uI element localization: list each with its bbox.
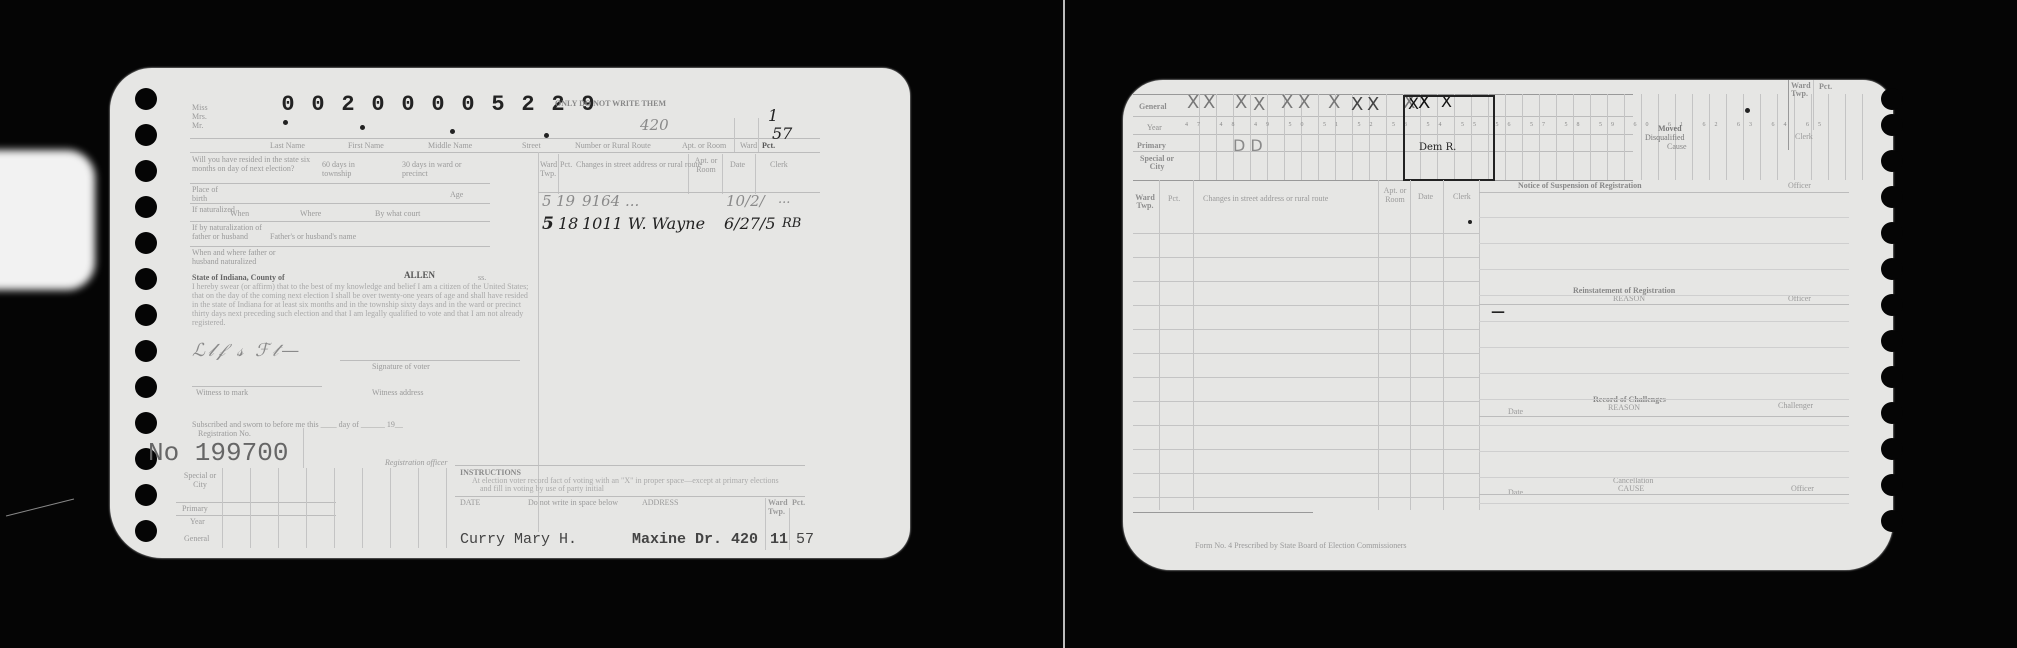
row2-clerk: RB — [782, 216, 801, 231]
overlay-moved: Moved — [1658, 124, 1682, 133]
rule — [1788, 80, 1789, 150]
signature-label: Signature of voter — [372, 362, 430, 371]
q-days-ward: 30 days in ward or precinct — [402, 160, 472, 178]
th-changes: Changes in street address or rural route — [576, 160, 701, 169]
title-miss: Miss — [192, 103, 208, 112]
rule — [418, 468, 419, 548]
punch-hole — [135, 304, 157, 326]
rule — [278, 468, 279, 548]
q-by-what-court: By what court — [375, 209, 420, 218]
punch-dot — [450, 129, 455, 134]
q-when: When — [230, 209, 249, 218]
row2-date: 6/27/5 — [724, 214, 776, 233]
rule — [222, 468, 223, 548]
back-th-pct: Pct. — [1168, 194, 1180, 203]
vote-mark: X — [1253, 94, 1265, 115]
back-table-rows — [1133, 210, 1479, 510]
punch-hole — [135, 124, 157, 146]
row1-pct: 19 — [556, 192, 575, 210]
rule — [455, 496, 805, 497]
rule — [176, 502, 336, 503]
back-th-date: Date — [1418, 192, 1433, 201]
typed-name: Curry Mary H. — [460, 531, 577, 548]
label-ward: Ward — [740, 141, 757, 150]
oath-county: ALLEN — [404, 271, 435, 280]
back-th-clerk: Clerk — [1453, 192, 1471, 201]
punch-hole — [1881, 114, 1903, 136]
name-underline — [190, 138, 820, 139]
primary-handwritten: Dem R. — [1419, 142, 1456, 153]
row-special: Special or City — [180, 471, 220, 489]
witness-address: Witness address — [372, 388, 423, 397]
rule — [455, 465, 805, 466]
punch-hole — [135, 268, 157, 290]
instructions-ward-twp: Ward Twp. — [768, 498, 788, 516]
q-place-of-birth: Place of birth — [192, 185, 232, 203]
punch-hole — [1881, 402, 1903, 424]
rule — [303, 428, 304, 468]
row-primary: Primary — [182, 504, 208, 513]
rule — [190, 221, 490, 222]
label-first-name: First Name — [348, 141, 384, 150]
bold-vote-box — [1403, 95, 1495, 181]
form-footer: Form No. 4 Prescribed by State Board of … — [1195, 541, 1407, 550]
punch-hole — [135, 160, 157, 182]
row1-clerk: ... — [778, 192, 790, 207]
hw-street-number: 420 — [640, 116, 669, 134]
rule — [192, 386, 322, 387]
row1-date: 10/2/ — [726, 192, 765, 210]
year-labels: 47 48 49 50 51 52 53 54 55 56 57 58 59 6… — [1185, 121, 1830, 130]
instructions-date: DATE — [460, 498, 480, 507]
th-date: Date — [730, 160, 745, 169]
punch-hole — [135, 196, 157, 218]
q-days-township: 60 days in township — [322, 160, 382, 178]
subscribed-text: Subscribed and sworn to before me this _… — [192, 420, 403, 429]
title-mrs: Mrs. — [192, 112, 207, 121]
signature: ℒ𝓁𝒻 𝓈 ℱ𝓉— — [192, 340, 302, 361]
row-general: General — [184, 534, 209, 543]
header-note: ONLY DO NOT WRITE THEM — [555, 99, 666, 108]
punch-hole — [135, 484, 157, 506]
back-row-year: Year — [1147, 123, 1162, 132]
overlay-disqualified: Disqualified — [1645, 133, 1685, 142]
rule — [789, 508, 790, 550]
vote-mark: X — [1187, 92, 1199, 113]
q-father-name: Father's or husband's name — [270, 232, 356, 241]
punch-hole — [1881, 510, 1903, 532]
typed-pct: 57 — [796, 531, 814, 548]
th-ward-twp: Ward Twp. — [540, 160, 558, 178]
q-when-where-father: When and where father or husband natural… — [192, 248, 297, 266]
back-right-rows — [1479, 192, 1849, 512]
scan-scratch — [6, 499, 74, 517]
rule — [190, 183, 490, 184]
punch-hole — [135, 88, 157, 110]
row-year: Year — [190, 517, 205, 526]
suspension-title: Notice of Suspension of Registration — [1518, 181, 1642, 190]
rule — [176, 515, 336, 516]
rule — [190, 203, 490, 204]
rule — [1133, 512, 1313, 513]
label-street: Street — [522, 141, 541, 150]
frame-divider — [1063, 0, 1065, 648]
title-mr: Mr. — [192, 121, 203, 130]
rule — [538, 152, 539, 532]
instructions-do-not-write: Do not write in space below — [528, 498, 618, 507]
punch-hole — [1881, 438, 1903, 460]
back-clerk: Clerk — [1795, 132, 1813, 141]
punch-hole — [135, 412, 157, 434]
row1-ward: 5 — [542, 192, 552, 210]
punch-hole — [1881, 222, 1903, 244]
punch-dot — [283, 120, 288, 125]
q-naturalized: If naturalized — [192, 205, 235, 214]
punch-hole — [1881, 258, 1903, 280]
rule — [446, 468, 447, 548]
rule — [390, 468, 391, 548]
typed-ward: 11 — [770, 531, 788, 548]
label-middle-name: Middle Name — [428, 141, 472, 150]
row2-ward: 5 — [542, 214, 554, 234]
back-row-special: Special or City — [1139, 155, 1175, 171]
instructions-line2: and fill in voting by use of party initi… — [480, 484, 604, 493]
row2-address: 1011 W. Wayne — [582, 214, 705, 233]
card-back: General Year Primary Special or City 47 … — [1123, 80, 1893, 570]
vote-mark: X — [1235, 92, 1247, 113]
hw-pct: 57 — [772, 124, 792, 143]
rule — [734, 118, 735, 152]
ink-spot — [1468, 220, 1472, 224]
rule — [190, 152, 820, 153]
punch-hole — [1881, 294, 1903, 316]
punch-hole — [135, 520, 157, 542]
punch-hole — [1881, 88, 1903, 110]
instructions-pct: Pct. — [792, 498, 805, 507]
card-front: Miss Mrs. Mr. 00200005229 ONLY DO NOT WR… — [110, 68, 910, 558]
back-th-apt-room: Apt. or Room — [1381, 186, 1409, 204]
rule — [362, 468, 363, 548]
vote-mark: X — [1281, 92, 1293, 113]
rule — [558, 154, 559, 194]
rule — [722, 154, 723, 194]
back-th-ward-twp: Ward Twp. — [1133, 194, 1157, 210]
punch-hole — [135, 340, 157, 362]
rule — [306, 468, 307, 548]
instructions-address: ADDRESS — [642, 498, 678, 507]
oath-ss: ss. — [478, 273, 486, 282]
rule — [755, 154, 756, 194]
rule — [758, 118, 759, 152]
label-apt-room: Apt. or Room — [682, 141, 726, 150]
vote-mark: X — [1298, 92, 1310, 113]
punch-hole — [1881, 474, 1903, 496]
registration-no-label: Registration No. — [198, 429, 251, 438]
vote-mark: X — [1367, 94, 1379, 115]
punch-hole — [1881, 186, 1903, 208]
punch-dot — [360, 125, 365, 130]
primary-marks: D D — [1233, 136, 1263, 155]
typed-address: Maxine Dr. 420 — [632, 531, 758, 548]
punch-hole — [135, 376, 157, 398]
row2-pct: 18 — [558, 214, 578, 233]
label-last-name: Last Name — [270, 141, 305, 150]
th-pct: Pct. — [560, 160, 572, 169]
rule — [765, 498, 766, 550]
punch-hole — [1881, 366, 1903, 388]
rule — [1813, 80, 1814, 130]
registration-number: No 199700 — [148, 438, 288, 468]
back-row-general: General — [1139, 102, 1167, 111]
serial-number: 00200005229 — [280, 92, 596, 117]
back-row-primary: Primary — [1137, 141, 1166, 150]
row1-address: 9164 ... — [582, 192, 639, 210]
scan-glare — [0, 150, 95, 290]
punch-hole — [135, 232, 157, 254]
punch-hole — [1881, 150, 1903, 172]
hw-ward: 1 — [768, 106, 778, 125]
back-pct: Pct. — [1819, 82, 1832, 91]
vote-mark: X — [1203, 92, 1215, 113]
oath-state-county: State of Indiana, County of — [192, 273, 285, 282]
q-where: Where — [300, 209, 321, 218]
q-resided: Will you have resided in the state six m… — [192, 155, 312, 173]
rule — [334, 468, 335, 548]
rule — [250, 468, 251, 548]
registration-officer: Registration officer — [385, 458, 447, 467]
th-apt-room: Apt. or Room — [692, 156, 720, 174]
q-by-naturalization: If by naturalization of father or husban… — [192, 223, 262, 241]
oath-text: I hereby swear (or affirm) that to the b… — [192, 282, 532, 327]
suspension-officer: Officer — [1788, 181, 1811, 190]
th-clerk: Clerk — [770, 160, 788, 169]
punch-dot — [1745, 108, 1750, 113]
label-number-route: Number or Rural Route — [575, 141, 651, 150]
rule — [340, 360, 520, 361]
back-th-changes: Changes in street address or rural route — [1203, 194, 1328, 203]
back-ward-twp: Ward Twp. — [1791, 82, 1813, 98]
q-age: Age — [450, 190, 463, 199]
overlay-cause: Cause — [1667, 142, 1687, 151]
witness-label: Witness to mark — [196, 388, 248, 397]
vote-mark: X — [1328, 92, 1340, 113]
vote-mark: X — [1351, 94, 1363, 115]
rule — [190, 246, 490, 247]
punch-hole — [1881, 330, 1903, 352]
